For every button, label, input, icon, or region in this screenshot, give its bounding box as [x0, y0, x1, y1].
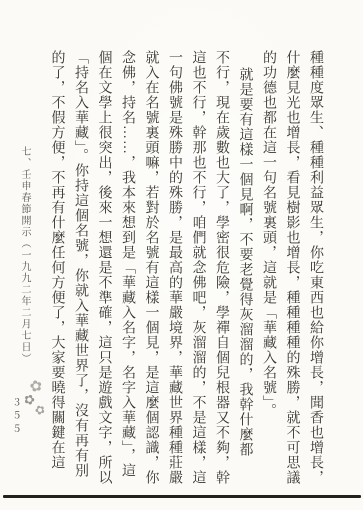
text-column: 的了，不假方便，不再有什麼任何方便了，大家要曉得關鍵在這 — [45, 50, 69, 498]
flower-stamp-icon: ✿ ✿ ✿ — [24, 380, 52, 424]
text-column: 一句佛號是殊勝中的殊勝，是最高的華嚴境界，華藏世界種種莊嚴 — [163, 50, 187, 498]
text-column: 個在文學上很突出，後來一想還是不準確，這只是遊戲文字，所以 — [92, 50, 116, 498]
scan-page: 種種度眾生、種種利益眾生，你吃東西也給你增長，聞香也增長，什麼見光也增長，看見樹… — [0, 0, 363, 510]
text-column: 就是要有這樣一個見啊，不要老覺得灰溜溜的，我幹什麼都 — [233, 50, 257, 498]
flower-petal-icon: ✿ — [33, 402, 47, 417]
text-column: 什麼見光也增長，看見樹影也增長，種種種種的殊勝，就不可思議 — [280, 50, 304, 498]
page-number: ３５５ — [8, 397, 22, 438]
text-column: 這也不行，幹那也不行，咱們就念佛吧，灰溜溜的，不是這樣，這 — [186, 50, 210, 498]
margin-note: 七、壬申春節開示（一九九二年二月七日） — [17, 146, 32, 365]
text-column: 「持名入華藏」。你持這個名號，你就入華藏世界了，沒有再有別 — [69, 50, 93, 498]
text-column: 就入在名號裏頭嘛，若對於名號有這樣一個見，是這麼個認識，你 — [139, 50, 163, 498]
text-column: 種種度眾生、種種利益眾生，你吃東西也給你增長，聞香也增長， — [304, 50, 328, 498]
body-text: 種種度眾生、種種利益眾生，你吃東西也給你增長，聞香也增長，什麼見光也增長，看見樹… — [45, 50, 327, 498]
text-column: 念佛，持名……，我本來想到是「華藏入名字，名字入華藏」，這 — [116, 50, 140, 498]
text-column: 的功德也都在這一句名號裏頭，這就是「華藏入名號」。 — [257, 50, 281, 498]
page-bottom-edge-line — [3, 495, 361, 498]
text-column: 不行，現在歲數也大了，學密很危險，學禪自個兒根器又不夠，幹 — [210, 50, 234, 498]
